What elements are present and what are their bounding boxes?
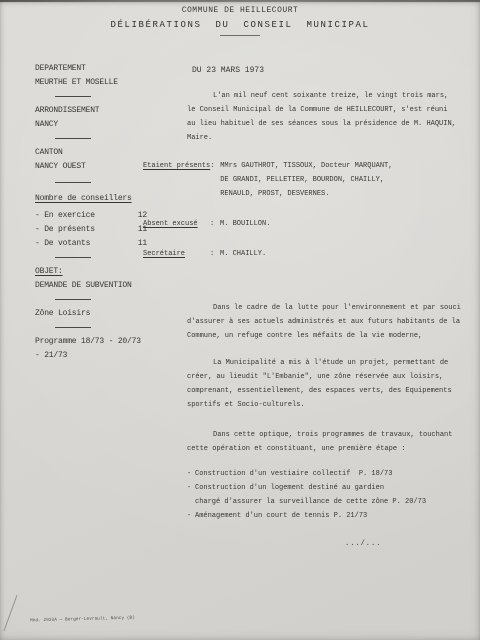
programme-block: Programme 18/73 - 20/73 - 21/73 (35, 335, 185, 363)
printer-imprint: Mod. 2932A — Berger-Levrault, Nancy (B) (30, 615, 135, 623)
objet-label: OBJET: (35, 265, 185, 279)
text-line: chargé d'assurer la surveillance de cett… (195, 495, 426, 509)
opening-paragraph: L'an mil neuf cent soixante treize, le v… (187, 89, 456, 145)
list-item: - Construction d'un vestiaire collectif … (187, 467, 461, 481)
divider (55, 96, 91, 97)
divider (55, 327, 91, 328)
attendance-section: Etaient présents : MMrs GAUTHROT, TISSOU… (143, 159, 392, 261)
text-line: sportifs et Socio-culturels. (187, 398, 461, 412)
attendance-label: Secrétaire (143, 247, 210, 261)
canton-label: CANTON (35, 146, 185, 160)
text-line: Construction d'un vestiaire collectif P.… (195, 467, 392, 481)
text-line: DE GRANDI, PELLETIER, BOURDON, CHAILLY, (220, 173, 392, 187)
divider (55, 257, 91, 258)
counselor-row: - En exercice 12 (35, 209, 147, 223)
text-line: M. BOUILLON. (220, 217, 270, 231)
list-item: - Aménagement d'un court de tennis P. 21… (187, 509, 461, 523)
text-line: RENAULD, PROST, DESVERNES. (220, 187, 392, 201)
scan-top-edge (0, 0, 480, 2)
counselor-row: - De présents 11 (35, 223, 147, 237)
attendance-colon: : (210, 247, 220, 261)
counselor-label: - De présents (35, 223, 95, 237)
attendance-value: M. BOUILLON. (220, 217, 270, 231)
programme-line: Programme 18/73 - 20/73 (35, 335, 185, 349)
department-label: DEPARTEMENT (35, 62, 185, 76)
attendance-value: M. CHAILLY. (220, 247, 266, 261)
objet-block: OBJET: DEMANDE DE SUBVENTION (35, 265, 185, 293)
text-line: MMrs GAUTHROT, TISSOUX, Docteur MARQUANT… (220, 159, 392, 173)
counselor-label: - De votants (35, 237, 90, 251)
text-line: La Municipalité a mis à l'étude un proje… (187, 356, 461, 370)
session-date: DU 23 MARS 1973 (192, 64, 264, 78)
works-list: - Construction d'un vestiaire collectif … (187, 467, 461, 523)
attendance-row-present: Etaient présents : MMrs GAUTHROT, TISSOU… (143, 159, 392, 201)
arrondissement-value: NANCY (35, 118, 185, 132)
text-line: le Conseil Municipal de la Commune de HE… (187, 103, 456, 117)
text-line: comprenant, essentiellement, des espaces… (187, 384, 461, 398)
document-header: COMMUNE DE HEILLECOURT DÉLIBÉRATIONS DU … (0, 6, 480, 36)
divider (55, 138, 91, 139)
commune-name: COMMUNE DE HEILLECOURT (0, 6, 480, 15)
list-dash: - (187, 509, 195, 523)
paper-crease (4, 595, 18, 631)
counselor-label: - En exercice (35, 209, 95, 223)
paragraph: Dans cette optique, trois programmes de … (187, 428, 461, 456)
attendance-label: Absent excusé (143, 217, 210, 231)
text-line: Construction d'un logement destiné au ga… (195, 481, 426, 495)
text-line: Commune, un refuge contre les méfaits de… (187, 329, 461, 343)
body-text: Dans le cadre de la lutte pour l'environ… (187, 301, 461, 551)
zone-label: Zône Loisirs (35, 307, 185, 321)
attendance-colon: : (210, 159, 220, 201)
objet-value: DEMANDE DE SUBVENTION (35, 279, 185, 293)
paragraph: Dans le cadre de la lutte pour l'environ… (187, 301, 461, 343)
text-line: au lieu habituel de ses séances sous la … (187, 117, 456, 131)
attendance-colon: : (210, 217, 220, 231)
department-value: MEURTHE ET MOSELLE (35, 76, 185, 90)
text-line: L'an mil neuf cent soixante treize, le v… (187, 89, 456, 103)
divider (55, 299, 91, 300)
attendance-label: Etaient présents (143, 159, 210, 201)
list-dash: - (187, 481, 195, 509)
paragraph: La Municipalité a mis à l'étude un proje… (187, 356, 461, 412)
document-page: COMMUNE DE HEILLECOURT DÉLIBÉRATIONS DU … (0, 0, 480, 640)
attendance-value: MMrs GAUTHROT, TISSOUX, Docteur MARQUANT… (220, 159, 392, 201)
arrondissement-label: ARRONDISSEMENT (35, 104, 185, 118)
text-line: créer, au lieudit "L'Embanie", une zône … (187, 370, 461, 384)
list-item-text: Construction d'un logement destiné au ga… (195, 481, 426, 509)
zone-block: Zône Loisirs (35, 307, 185, 321)
text-line: d'assurer à ses actuels administrés et a… (187, 315, 461, 329)
text-line: Dans cette optique, trois programmes de … (187, 428, 461, 442)
text-line: Maire. (187, 131, 456, 145)
programme-line: - 21/73 (35, 349, 185, 363)
title-rule (220, 35, 260, 36)
document-title: DÉLIBÉRATIONS DU CONSEIL MUNICIPAL (0, 20, 480, 30)
divider (55, 182, 91, 183)
text-line: cette opération et constituant, une prem… (187, 442, 461, 456)
text-line: M. CHAILLY. (220, 247, 266, 261)
attendance-row-secretary: Secrétaire : M. CHAILLY. (143, 247, 392, 261)
department-block: DEPARTEMENT MEURTHE ET MOSELLE (35, 62, 185, 90)
list-item: - Construction d'un logement destiné au … (187, 481, 461, 509)
list-dash: - (187, 467, 195, 481)
attendance-row-absent: Absent excusé : M. BOUILLON. (143, 217, 392, 231)
text-line: Aménagement d'un court de tennis P. 21/7… (195, 509, 367, 523)
list-item-text: Construction d'un vestiaire collectif P.… (195, 467, 392, 481)
arrondissement-block: ARRONDISSEMENT NANCY (35, 104, 185, 132)
continuation-mark: .../... (345, 537, 461, 551)
text-line: Dans le cadre de la lutte pour l'environ… (187, 301, 461, 315)
list-item-text: Aménagement d'un court de tennis P. 21/7… (195, 509, 367, 523)
counselor-row: - De votants 11 (35, 237, 147, 251)
